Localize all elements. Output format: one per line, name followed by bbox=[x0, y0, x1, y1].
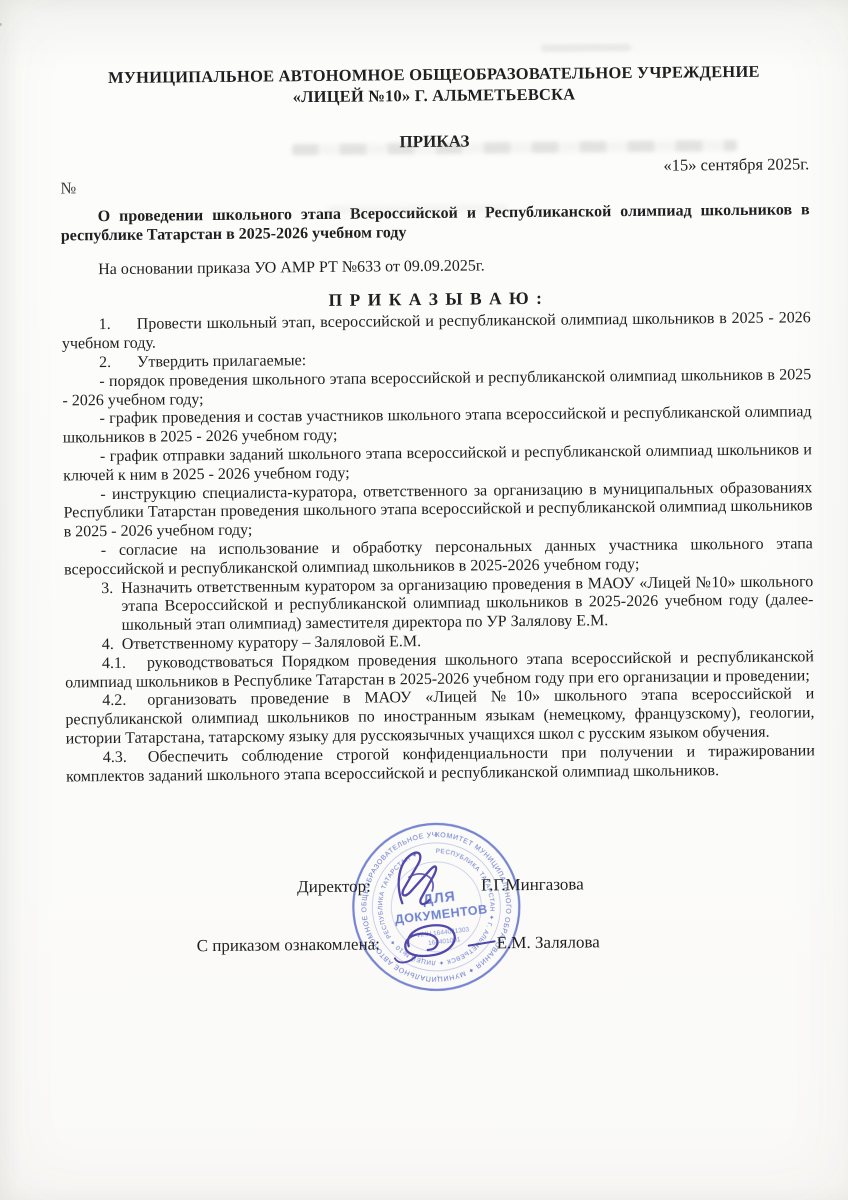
item-text: Обеспечить соблюдение строгой конфиденци… bbox=[66, 742, 815, 785]
signature-dash bbox=[469, 941, 495, 945]
scanned-order-page: МУНИЦИПАЛЬНОЕ АВТОНОМНОЕ ОБЩЕОБРАЗОВАТЕЛ… bbox=[0, 0, 848, 1200]
order-keyword: П Р И К А З Ы В А Ю : bbox=[61, 286, 810, 313]
document-content: МУНИЦИПАЛЬНОЕ АВТОНОМНОЕ ОБЩЕОБРАЗОВАТЕЛ… bbox=[0, 0, 848, 787]
item-text: Утвердить прилагаемые: bbox=[137, 352, 306, 371]
director-name: Г.Г.Мингазова bbox=[481, 874, 584, 895]
director-signature bbox=[382, 843, 475, 922]
item-number: 4.2. bbox=[102, 692, 147, 711]
item-text: Ответственному куратору – Заляловой Е.М. bbox=[122, 633, 421, 653]
item-text: руководствоваться Порядком проведения шк… bbox=[65, 648, 814, 691]
order-subject: О проведении школьного этапа Всероссийск… bbox=[61, 201, 810, 246]
item-text: Назначить ответственным куратором за орг… bbox=[121, 573, 813, 634]
order-basis: На основании приказа УО АМР РТ №633 от 0… bbox=[61, 254, 810, 280]
item-number: 4. bbox=[102, 636, 122, 655]
item-number: 1. bbox=[99, 316, 137, 335]
signature-stroke bbox=[405, 925, 455, 956]
item-number: 4.3. bbox=[103, 748, 148, 767]
doc-type-title: ПРИКАЗ bbox=[60, 128, 809, 155]
signature-stroke bbox=[395, 955, 417, 962]
director-label: Директор: bbox=[297, 877, 371, 898]
order-subitem-dash-4: - инструкцию специалиста-куратора, ответ… bbox=[63, 479, 813, 543]
item-text: Провести школьный этап, всероссийской и … bbox=[62, 310, 811, 353]
org-name: МУНИЦИПАЛЬНОЕ АВТОНОМНОЕ ОБЩЕОБРАЗОВАТЕЛ… bbox=[59, 60, 808, 109]
order-body: О проведении школьного этапа Всероссийск… bbox=[61, 201, 816, 786]
item-number: 2. bbox=[99, 354, 137, 373]
acknowledged-label: С приказом ознакомлена: bbox=[197, 934, 380, 956]
item-number: 4.1. bbox=[102, 654, 147, 673]
order-item-4-3: 4.3.Обеспечить соблюдение строгой конфид… bbox=[66, 742, 815, 787]
order-item-4-2: 4.2.организовать проведение в МАОУ «Лице… bbox=[65, 686, 815, 750]
acknowledged-name: Е.М. Залялова bbox=[497, 932, 600, 953]
item-number: 3. bbox=[101, 579, 121, 598]
item-text: организовать проведение в МАОУ «Лицей №1… bbox=[65, 686, 814, 748]
scan-tilt-wrapper: МУНИЦИПАЛЬНОЕ АВТОНОМНОЕ ОБЩЕОБРАЗОВАТЕЛ… bbox=[0, 0, 848, 1200]
order-item-3: 3.Назначить ответственным куратором за о… bbox=[64, 573, 814, 637]
